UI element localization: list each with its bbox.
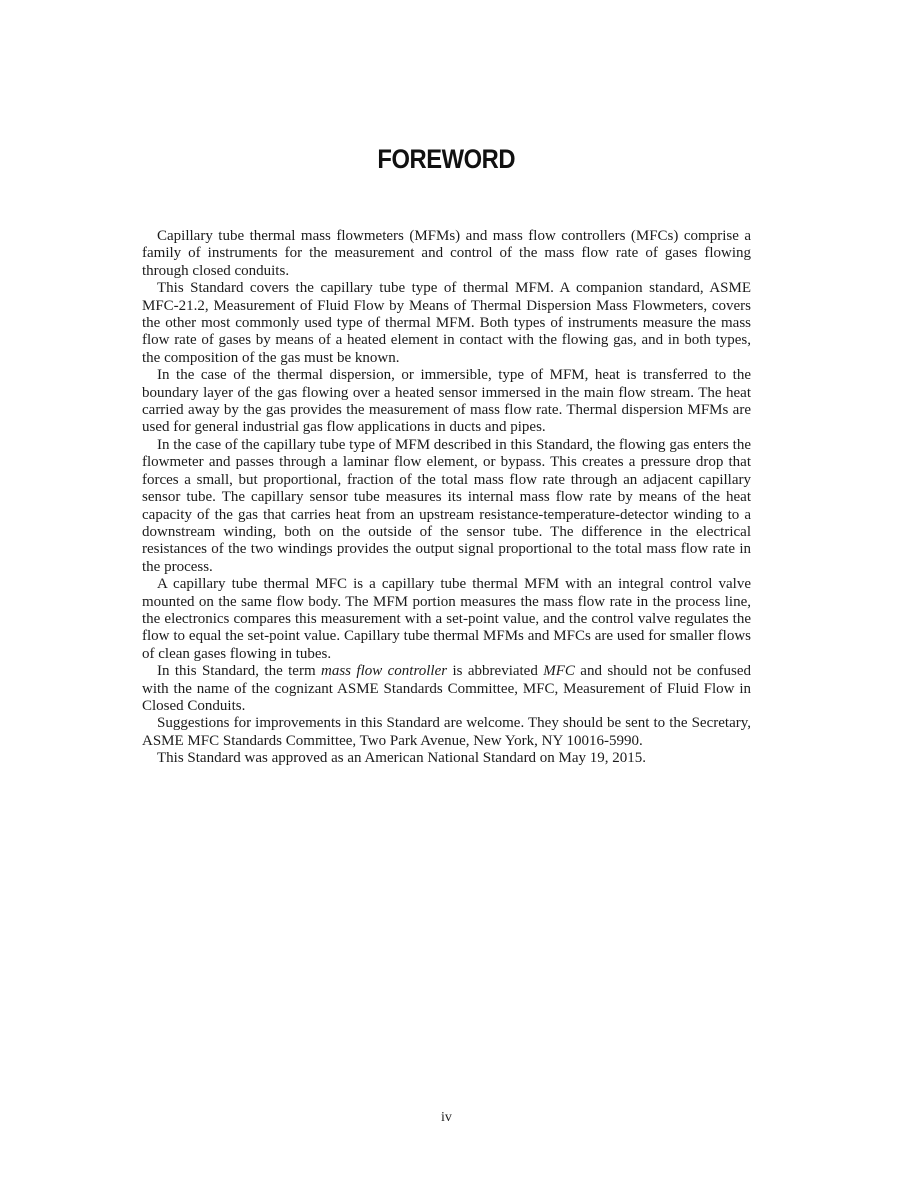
page-title-container: FOREWORD — [142, 144, 751, 175]
paragraph-1: Capillary tube thermal mass flowmeters (… — [142, 228, 751, 280]
paragraph-6: In this Standard, the term mass flow con… — [142, 663, 751, 715]
document-page: FOREWORD Capillary tube thermal mass flo… — [0, 0, 918, 1188]
paragraph-4: In the case of the capillary tube type o… — [142, 437, 751, 576]
foreword-body: Capillary tube thermal mass flowmeters (… — [142, 228, 751, 768]
paragraph-7: Suggestions for improvements in this Sta… — [142, 715, 751, 750]
paragraph-5: A capillary tube thermal MFC is a capill… — [142, 576, 751, 663]
paragraph-6-text: In this Standard, the term — [157, 663, 321, 679]
paragraph-2: This Standard covers the capillary tube … — [142, 280, 751, 367]
page-number: iv — [441, 1110, 452, 1125]
page-title: FOREWORD — [378, 144, 516, 175]
paragraph-3: In the case of the thermal dispersion, o… — [142, 367, 751, 437]
paragraph-8: This Standard was approved as an America… — [142, 750, 751, 767]
paragraph-6-italic-term: mass flow controller — [321, 663, 447, 679]
paragraph-6-italic-abbreviation: MFC — [543, 663, 575, 679]
page-footer: iv — [142, 1110, 751, 1126]
paragraph-6-text: is abbreviated — [447, 663, 543, 679]
